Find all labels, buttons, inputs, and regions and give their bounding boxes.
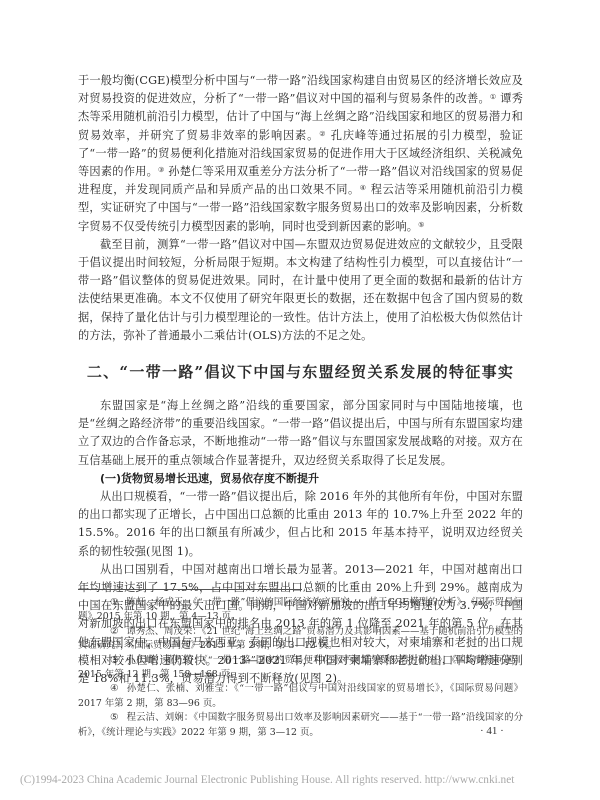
footnote-divider [78, 589, 302, 590]
footnote-number: ③ [94, 654, 118, 668]
footnote-number: ② [94, 625, 118, 639]
paragraph-export-scale: 从出口规模看，“一带一路”倡议提出后，除 2016 年外的其他所有年份，中国对东… [78, 488, 523, 561]
footnote-4: ④孙楚仁、张楠、刘雅莹：《“一带一路”倡议与中国对沿线国家的贸易增长》，《国际贸… [78, 682, 523, 711]
subheading: (一)货物贸易增长迅速，贸易依存度不断提升 [78, 470, 523, 488]
footnote-text: 孔庆峰、董虹蔚：《“一带一路”国家的贸易便利化水平测算与贸易潜力研究》，《国际贸… [78, 655, 523, 680]
footnote-number: ④ [94, 682, 118, 696]
page-number: · 41 · [480, 725, 504, 737]
text-segment: 于一般均衡(CGE)模型分析中国与“一带一路”沿线国家构建自由贸易区的经济增长效… [78, 74, 523, 105]
footnote-5: ⑤程云洁、刘娴：《中国数字服务贸易出口效率及影响因素研究——基于“一带一路”沿线… [78, 711, 523, 740]
footnote-3: ③孔庆峰、董虹蔚：《“一带一路”国家的贸易便利化水平测算与贸易潜力研究》，《国际… [78, 654, 523, 683]
footnote-number: ① [94, 596, 118, 610]
paragraph-literature-review: 于一般均衡(CGE)模型分析中国与“一带一路”沿线国家构建自由贸易区的经济增长效… [78, 72, 523, 236]
paragraph-research-gap: 截至目前，测算“一带一路”倡议对中国—东盟双边贸易促进效应的文献较少，且受限于倡… [78, 236, 523, 345]
footnote-ref-5[interactable]: ⑤ [418, 221, 424, 229]
footnote-text: 陈虹、杨成玉：《“一带一路”倡议的国际经济效应研究——基于CGE模型的分析》，《… [78, 597, 523, 622]
footnote-1: ①陈虹、杨成玉：《“一带一路”倡议的国际经济效应研究——基于CGE模型的分析》，… [78, 596, 523, 625]
footnote-text: 谭秀杰、周茂荣：《21 世纪“海上丝绸之路”贸易潜力及其影响因素——基于随机前沿… [78, 626, 523, 651]
copyright-notice: (C)1994-2023 China Academic Journal Elec… [20, 774, 514, 786]
footnote-ref-4[interactable]: ④ [360, 184, 367, 192]
paragraph-section-intro: 东盟国家是“海上丝绸之路”沿线的重要国家，部分国家同时与中国陆地接壤，也是“丝绸… [78, 397, 523, 470]
section-title: 二、“一带一路”倡议下中国与东盟经贸关系发展的特征事实 [78, 362, 523, 382]
footnote-number: ⑤ [94, 711, 118, 725]
footnote-text: 孙楚仁、张楠、刘雅莹：《“一带一路”倡议与中国对沿线国家的贸易增长》，《国际贸易… [78, 683, 523, 708]
footnote-text: 程云洁、刘娴：《中国数字服务贸易出口效率及影响因素研究——基于“一带一路”沿线国… [78, 712, 523, 737]
footnotes: ①陈虹、杨成玉：《“一带一路”倡议的国际经济效应研究——基于CGE模型的分析》，… [78, 596, 523, 740]
footnote-2: ②谭秀杰、周茂荣：《21 世纪“海上丝绸之路”贸易潜力及其影响因素——基于随机前… [78, 625, 523, 654]
